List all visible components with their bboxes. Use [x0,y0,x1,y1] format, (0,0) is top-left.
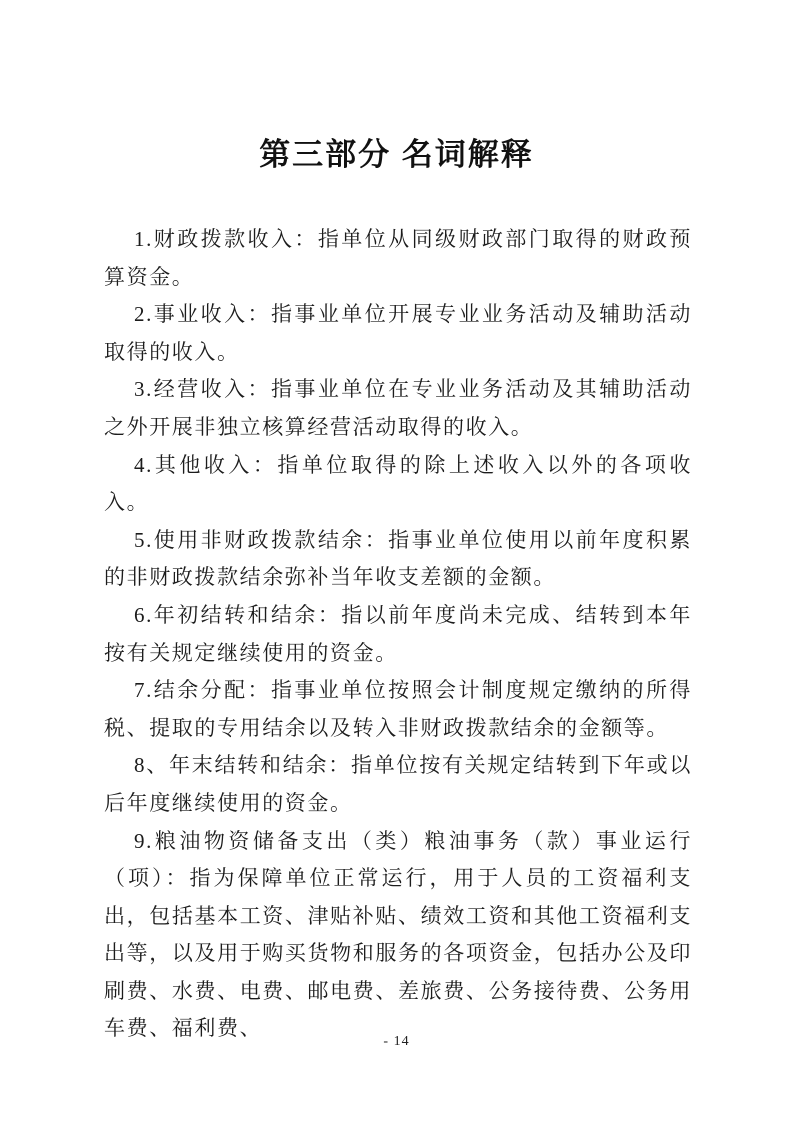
term-paragraph-2: 2.事业收入：指事业单位开展专业业务活动及辅助活动取得的收入。 [104,296,692,371]
term-paragraph-6: 6.年初结转和结余：指以前年度尚未完成、结转到本年按有关规定继续使用的资金。 [104,597,692,672]
term-paragraph-3: 3.经营收入：指事业单位在专业业务活动及其辅助活动之外开展非独立核算经营活动取得… [104,371,692,446]
page-number: - 14 [0,1034,793,1050]
term-paragraph-1: 1.财政拨款收入：指单位从同级财政部门取得的财政预算资金。 [104,221,692,296]
term-paragraph-9: 9.粮油物资储备支出（类）粮油事务（款）事业运行（项）：指为保障单位正常运行，用… [104,823,692,1049]
term-paragraph-7: 7.结余分配：指事业单位按照会计制度规定缴纳的所得税、提取的专用结余以及转入非财… [104,672,692,747]
term-paragraph-4: 4.其他收入：指单位取得的除上述收入以外的各项收入。 [104,447,692,522]
term-paragraph-5: 5.使用非财政拨款结余：指事业单位使用以前年度积累的非财政拨款结余弥补当年收支差… [104,522,692,597]
document-page: 第三部分 名词解释 1.财政拨款收入：指单位从同级财政部门取得的财政预算资金。 … [0,0,793,1122]
term-paragraph-8: 8、年末结转和结余：指单位按有关规定结转到下年或以后年度继续使用的资金。 [104,747,692,822]
page-title: 第三部分 名词解释 [0,0,793,175]
document-body: 1.财政拨款收入：指单位从同级财政部门取得的财政预算资金。 2.事业收入：指事业… [0,221,793,1048]
